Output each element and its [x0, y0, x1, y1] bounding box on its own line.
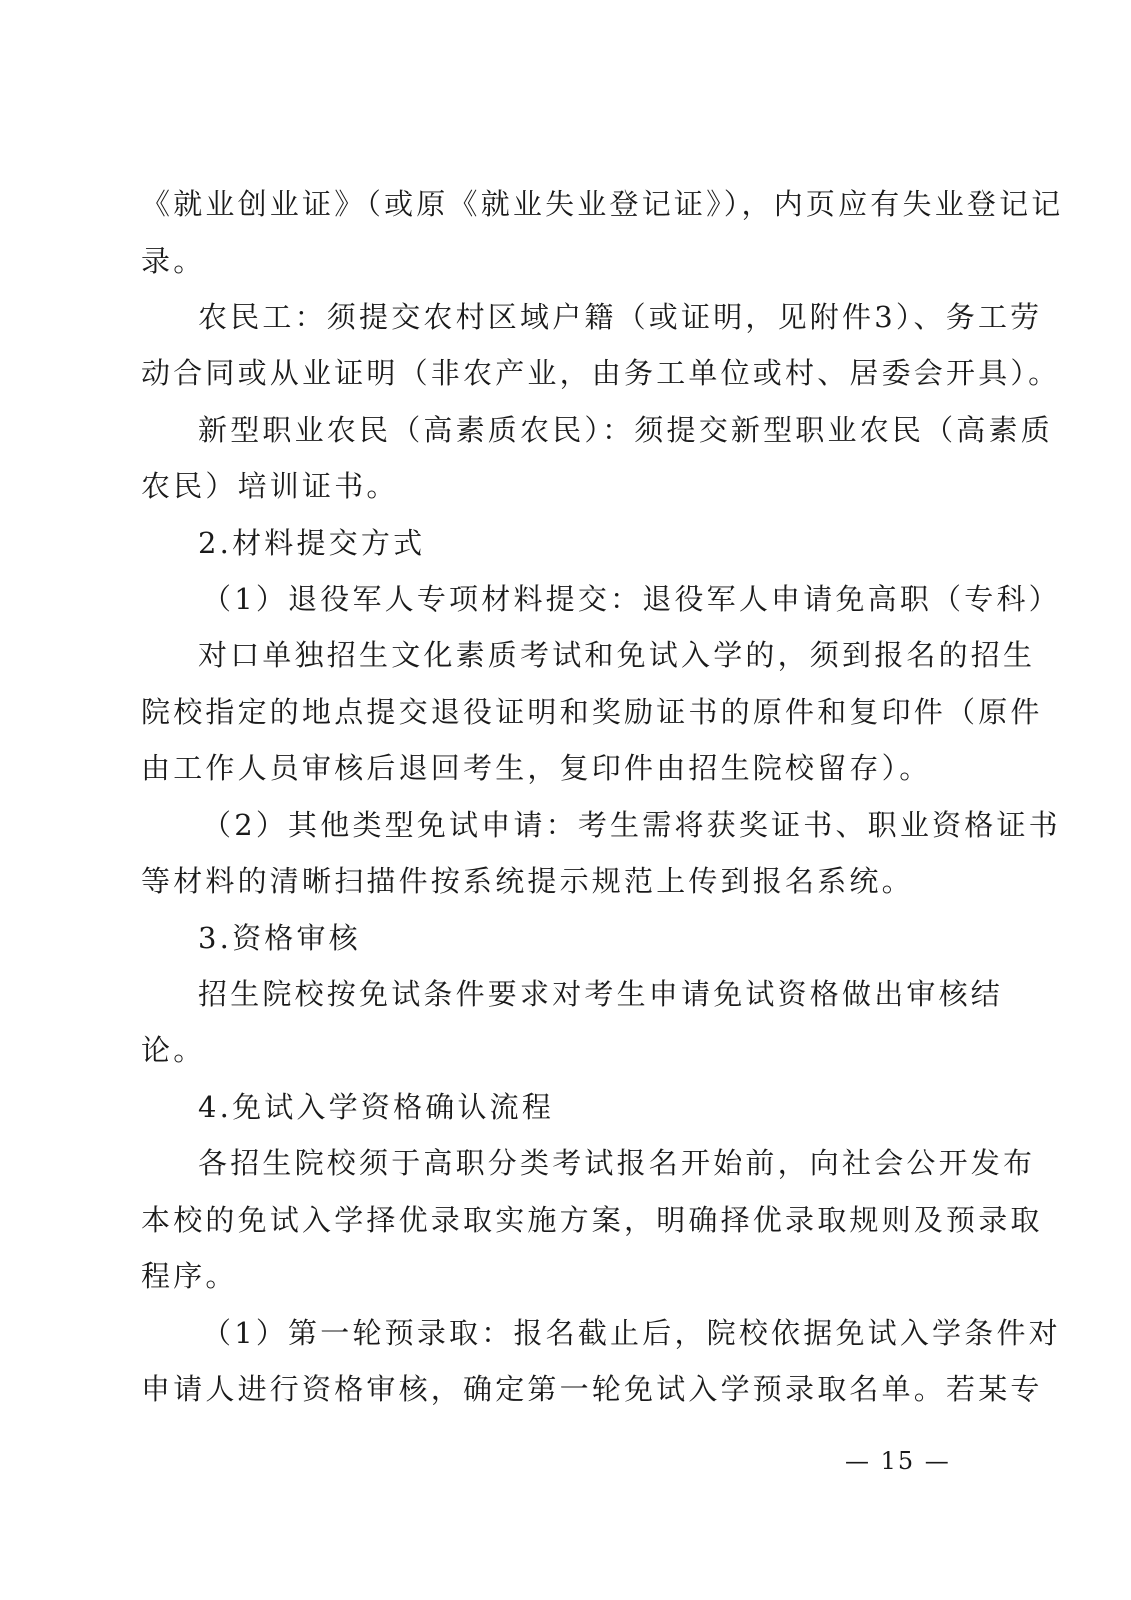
text-line: 2.材料提交方式 — [198, 523, 1048, 563]
text-line: 本校的免试入学择优录取实施方案，明确择优录取规则及预录取 — [141, 1200, 991, 1240]
text-line: 各招生院校须于高职分类考试报名开始前，向社会公开发布 — [198, 1143, 1048, 1183]
text-line: 院校指定的地点提交退役证明和奖励证书的原件和复印件（原件 — [141, 692, 991, 732]
text-line: 农民工：须提交农村区域户籍（或证明，见附件3）、务工劳 — [198, 297, 1048, 337]
text-line: （2）其他类型免试申请：考生需将获奖证书、职业资格证书 — [202, 805, 1052, 845]
text-line: 农民）培训证书。 — [141, 466, 991, 506]
text-line: 申请人进行资格审核，确定第一轮免试入学预录取名单。若某专 — [141, 1369, 991, 1409]
text-line: （1）第一轮预录取：报名截止后，院校依据免试入学条件对 — [202, 1313, 1052, 1353]
text-line: 等材料的清晰扫描件按系统提示规范上传到报名系统。 — [141, 861, 991, 901]
text-line: 对口单独招生文化素质考试和免试入学的，须到报名的招生 — [198, 635, 1048, 675]
text-line: 4.免试入学资格确认流程 — [198, 1087, 1048, 1127]
text-line: 动合同或从业证明（非农产业，由务工单位或村、居委会开具）。 — [141, 353, 991, 393]
text-line: 新型职业农民（高素质农民）：须提交新型职业农民（高素质 — [198, 410, 1048, 450]
text-line: 招生院校按免试条件要求对考生申请免试资格做出审核结 — [198, 974, 1048, 1014]
text-line: 《就业创业证》（或原《就业失业登记证》），内页应有失业登记记 — [141, 184, 991, 224]
text-line: 录。 — [141, 241, 991, 281]
text-line: 程序。 — [141, 1256, 991, 1296]
text-line: （1）退役军人专项材料提交：退役军人申请免高职（专科） — [202, 579, 1052, 619]
text-line: 论。 — [141, 1030, 991, 1070]
text-line: 由工作人员审核后退回考生，复印件由招生院校留存）。 — [141, 748, 991, 788]
page-number: — 15 — — [845, 1446, 951, 1476]
text-line: 3.资格审核 — [198, 918, 1048, 958]
document-page: 《就业创业证》（或原《就业失业登记证》），内页应有失业登记记录。农民工：须提交农… — [0, 0, 1131, 1600]
